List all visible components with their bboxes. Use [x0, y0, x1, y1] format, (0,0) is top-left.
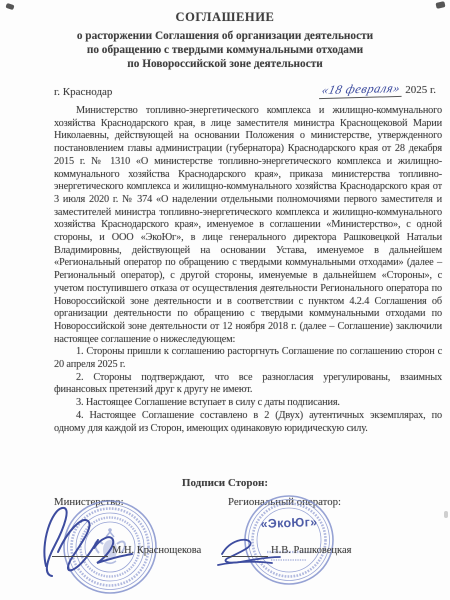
operator-stamp-text: «ЭкоЮг»: [252, 515, 326, 532]
clause-3: 3. Настоящее Соглашение вступает в силу …: [54, 397, 442, 410]
preamble-paragraph: Министерство топливно-энергетического ко…: [54, 105, 442, 346]
printed-year: 2025 г.: [405, 84, 436, 96]
ministry-signature-line: [52, 555, 108, 557]
clause-1: 1. Стороны пришли к соглашению расторгну…: [54, 346, 442, 371]
date-line: «18 февраля» 2025 г.: [321, 82, 436, 98]
title-line-3: по обращению с твердыми коммунальными от…: [0, 43, 450, 57]
scan-artifact: [444, 511, 448, 518]
signatures-heading: Подписи Сторон:: [0, 477, 450, 489]
document-title: СОГЛАШЕНИЕ о расторжении Соглашения об о…: [0, 0, 450, 71]
ministry-signature: [36, 500, 148, 580]
operator-signatory-name: Н.В. Рашковецкая: [271, 545, 351, 556]
place-line: г. Краснодар: [54, 86, 112, 98]
document-body: Министерство топливно-энергетического ко…: [54, 105, 442, 435]
ministry-signatory-name: М.Н. Краснощекова: [112, 545, 201, 556]
operator-signature-line: [222, 555, 268, 557]
title-line-4: по Новороссийской зоне деятельности: [0, 57, 450, 71]
title-line-2: о расторжении Соглашения об организации …: [0, 29, 450, 43]
title-line-1: СОГЛАШЕНИЕ: [0, 10, 450, 25]
handwritten-date: «18 февраля»: [319, 81, 405, 99]
document-page: СОГЛАШЕНИЕ о расторжении Соглашения об о…: [0, 0, 450, 600]
clause-4: 4. Настоящее Соглашение составлено в 2 (…: [54, 410, 442, 435]
clause-2: 2. Стороны подтверждают, что все разногл…: [54, 372, 442, 397]
city-date-row: г. Краснодар «18 февраля» 2025 г.: [54, 82, 436, 98]
